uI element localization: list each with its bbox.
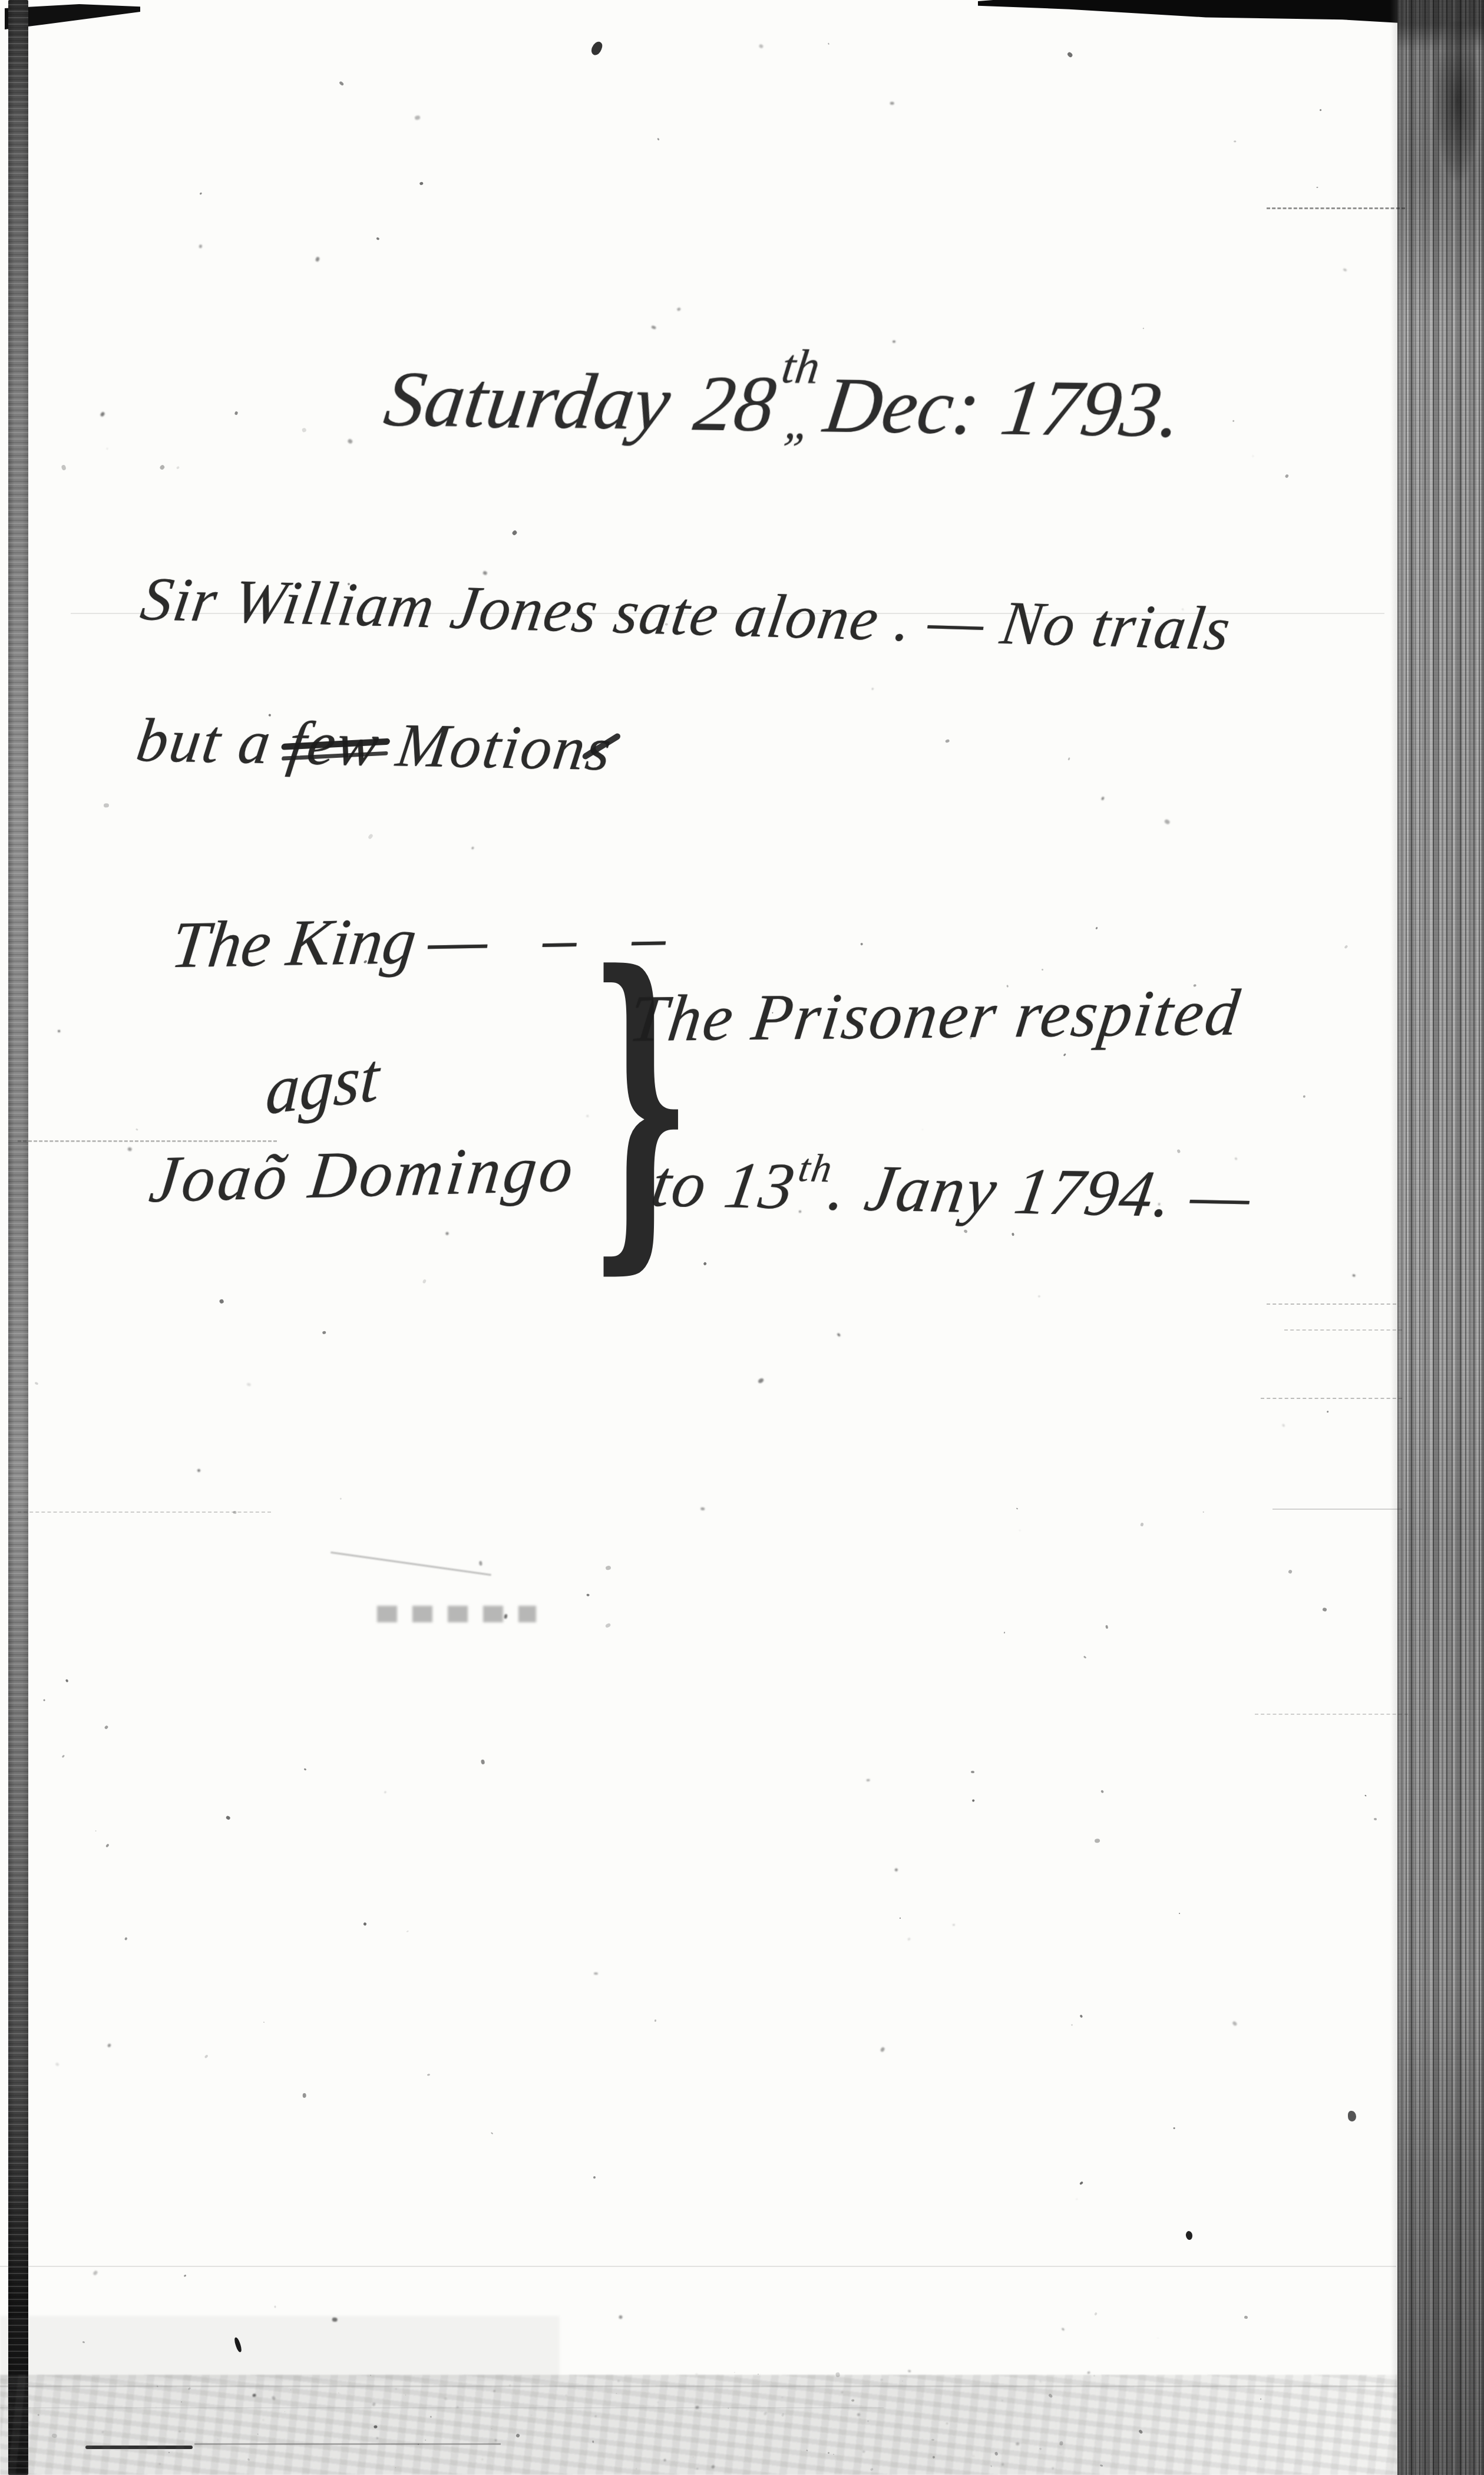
noise-speck <box>61 464 67 470</box>
noise-speck <box>405 2395 406 2395</box>
ruling-line-1: The Prisoner respited <box>625 975 1245 1057</box>
noise-speck <box>271 2396 276 2401</box>
noise-speck <box>471 847 474 850</box>
noise-speck <box>406 1930 409 1932</box>
noise-speck <box>857 2413 860 2416</box>
paper-smudge-band <box>0 2375 1397 2475</box>
noise-speck <box>663 2458 666 2461</box>
noise-speck <box>651 325 656 330</box>
noise-speck <box>30 2421 31 2423</box>
ink-blot <box>1348 2111 1356 2121</box>
noise-speck <box>303 2093 306 2098</box>
noise-speck <box>35 1381 39 1385</box>
noise-speck <box>605 1565 611 1570</box>
struck-out-word: few <box>284 708 385 779</box>
motions-line: but a few Motions <box>133 704 617 784</box>
noise-speck <box>881 2379 883 2381</box>
noise-speck <box>275 2306 276 2308</box>
noise-speck <box>482 2458 484 2460</box>
noise-speck <box>1176 1149 1181 1153</box>
noise-speck <box>593 2440 594 2443</box>
noise-speck <box>1260 2398 1262 2400</box>
noise-speck <box>1048 2394 1053 2398</box>
noise-speck <box>339 1497 342 1500</box>
noise-speck <box>1101 797 1105 801</box>
noise-speck <box>1100 2464 1103 2467</box>
noise-speck <box>841 2391 844 2394</box>
noise-speck <box>1062 2328 1065 2331</box>
noise-speck <box>481 1760 485 1765</box>
scan-artifact-dashed-line <box>1255 1714 1408 1715</box>
noise-speck <box>1060 2452 1061 2453</box>
noise-speck <box>586 1593 590 1596</box>
noise-speck <box>764 2411 768 2415</box>
noise-speck <box>922 1128 923 1130</box>
noise-speck <box>586 1115 589 1118</box>
noise-speck <box>82 2341 85 2344</box>
heading-ordinal-suffix: th <box>779 340 823 394</box>
ruling-date-ordinal: th <box>795 1146 837 1190</box>
noise-speck <box>65 1679 68 1682</box>
book-fore-edge-pages <box>1397 0 1484 2475</box>
noise-speck <box>384 1791 386 1793</box>
noise-speck <box>101 2431 104 2434</box>
noise-speck <box>55 2062 60 2067</box>
noise-speck <box>504 1613 508 1619</box>
noise-speck <box>1087 2371 1090 2375</box>
noise-speck <box>422 1279 427 1283</box>
noise-speck <box>414 115 421 120</box>
case-defendant: Joaõ Domingo <box>146 1131 580 1218</box>
noise-speck <box>1138 2429 1143 2434</box>
noise-speck <box>806 2450 808 2451</box>
noise-speck <box>183 2274 186 2277</box>
noise-speck <box>1079 2182 1083 2185</box>
noise-speck <box>257 2434 259 2435</box>
scratch-mark <box>330 1552 491 1576</box>
noise-speck <box>1094 2312 1098 2315</box>
noise-speck <box>1094 1838 1100 1843</box>
noise-speck <box>332 2318 338 2322</box>
noise-speck <box>971 1799 975 1802</box>
scan-artifact-dashed-line <box>1267 1303 1396 1305</box>
noise-speck <box>395 2467 396 2468</box>
noise-speck <box>605 1622 612 1628</box>
paper-smudge-band <box>0 2316 560 2381</box>
noise-speck <box>757 1378 764 1384</box>
noise-speck <box>594 2415 597 2418</box>
noise-speck <box>711 2464 716 2469</box>
noise-speck <box>1203 1512 1204 1513</box>
noise-speck <box>263 2022 264 2023</box>
noise-speck <box>252 2393 256 2397</box>
noise-speck <box>95 1830 97 1831</box>
noise-speck <box>1143 328 1144 329</box>
noise-speck <box>953 1924 955 1926</box>
scan-artifact-line <box>0 2407 884 2408</box>
noise-speck <box>1252 455 1254 457</box>
noise-speck <box>1039 2380 1042 2383</box>
noise-speck <box>1352 1274 1356 1278</box>
case-versus-abbreviation: agst <box>264 1038 381 1131</box>
noise-speck <box>703 1262 707 1266</box>
noise-speck <box>1079 2015 1083 2019</box>
ruling-line-2: to 13th. Jany 1794. — <box>646 1146 1258 1235</box>
noise-speck <box>1326 1411 1328 1413</box>
noise-speck <box>179 2431 180 2432</box>
noise-speck <box>728 2407 729 2408</box>
noise-speck <box>430 2416 432 2418</box>
noise-speck <box>419 182 423 186</box>
noise-speck <box>907 1938 911 1941</box>
noise-speck <box>890 101 894 104</box>
noise-speck <box>899 1918 900 1919</box>
noise-speck <box>339 2434 339 2435</box>
noise-speck <box>1285 474 1289 478</box>
noise-speck <box>635 2468 637 2470</box>
noise-speck <box>199 192 202 195</box>
noise-speck <box>107 2043 111 2047</box>
noise-speck <box>870 2467 874 2470</box>
noise-speck <box>263 2419 265 2421</box>
noise-speck <box>1179 1913 1181 1915</box>
noise-speck <box>1076 2199 1078 2200</box>
noise-speck <box>491 2428 492 2430</box>
noise-speck <box>376 237 379 240</box>
noise-speck <box>247 2458 250 2461</box>
noise-speck <box>100 411 105 417</box>
noise-speck <box>1164 819 1171 824</box>
noise-speck <box>62 1754 65 1758</box>
noise-speck <box>376 2437 378 2439</box>
heading-year: 1793. <box>996 364 1187 454</box>
fore-edge-dark-patch <box>1436 21 1479 180</box>
noise-speck <box>693 2457 693 2457</box>
noise-speck <box>347 438 353 444</box>
entry-date-heading: Saturday28th„Dec:1793. <box>379 354 1187 456</box>
noise-speck <box>427 2073 429 2075</box>
noise-speck <box>512 530 518 536</box>
noise-speck <box>617 2379 620 2382</box>
noise-speck <box>479 1561 482 1566</box>
noise-speck <box>105 1844 109 1849</box>
noise-speck <box>219 1299 224 1304</box>
noise-speck <box>159 464 165 470</box>
noise-speck <box>204 2054 208 2058</box>
noise-speck <box>156 2385 158 2387</box>
noise-speck <box>515 2433 520 2438</box>
scan-artifact-dashed-line <box>1267 207 1405 209</box>
noise-speck <box>1323 1608 1327 1612</box>
scan-artifact-dashed-line <box>1273 1509 1402 1510</box>
noise-speck <box>862 2450 865 2453</box>
case-plaintiff: The King <box>167 905 420 982</box>
scan-artifact-line <box>0 2385 1414 2387</box>
noise-speck <box>159 2463 160 2464</box>
noise-speck <box>315 256 320 262</box>
noise-speck <box>835 2456 836 2457</box>
scan-artifact-line <box>0 2266 1396 2267</box>
noise-speck <box>456 2406 458 2408</box>
noise-speck <box>136 1128 139 1131</box>
noise-speck <box>217 2440 218 2441</box>
noise-speck <box>837 1333 841 1337</box>
noise-speck <box>1095 926 1098 929</box>
ink-blot <box>233 2337 243 2352</box>
noise-speck <box>945 739 950 743</box>
noise-speck <box>531 2414 532 2415</box>
noise-speck <box>188 2387 191 2390</box>
noise-speck <box>339 81 344 86</box>
noise-speck <box>199 245 202 248</box>
noise-speck <box>1140 1523 1143 1527</box>
noise-speck <box>322 1331 326 1334</box>
noise-speck <box>696 2468 698 2469</box>
ruling-date-rest: . Jany 1794. — <box>824 1151 1258 1233</box>
noise-speck <box>90 2433 91 2434</box>
noise-speck <box>1042 969 1044 971</box>
scan-artifact-line <box>194 2443 501 2445</box>
noise-speck <box>931 2439 934 2441</box>
noise-speck <box>1281 1424 1285 1427</box>
noise-speck <box>1093 2375 1096 2377</box>
noise-speck <box>92 2271 98 2276</box>
scan-artifact-dashed-line <box>1261 1398 1402 1399</box>
noise-speck <box>1016 2442 1020 2445</box>
noise-speck <box>1004 1632 1006 1634</box>
noise-speck <box>734 2372 735 2373</box>
noise-speck <box>973 2455 975 2457</box>
noise-speck <box>234 411 239 416</box>
noise-speck <box>285 2411 285 2412</box>
noise-speck <box>246 1383 251 1387</box>
noise-speck <box>1365 1795 1367 1797</box>
noise-speck <box>44 1699 46 1702</box>
noise-speck <box>368 833 374 840</box>
noise-speck <box>370 2375 371 2376</box>
noise-speck <box>510 2385 511 2386</box>
noise-speck <box>867 2420 870 2423</box>
noise-speck <box>1039 1295 1040 1297</box>
noise-speck <box>970 1771 974 1774</box>
ink-streak <box>85 2446 193 2449</box>
noise-speck <box>1063 1053 1066 1057</box>
motions-word: Motion <box>375 710 591 783</box>
page-left-edge-shadow <box>8 0 28 2475</box>
noise-speck <box>197 1468 201 1473</box>
ink-blot <box>1185 2230 1193 2240</box>
noise-speck <box>304 1768 307 1770</box>
noise-speck <box>852 2399 855 2402</box>
noise-speck <box>425 2440 427 2441</box>
ruling-date-start: to 13 <box>647 1147 801 1223</box>
noise-speck <box>176 466 180 470</box>
noise-speck <box>1012 1233 1014 1236</box>
noise-speck <box>1016 1507 1018 1509</box>
noise-speck <box>657 2402 659 2403</box>
heading-month: Dec: <box>819 361 986 451</box>
noise-speck <box>758 44 764 49</box>
noise-speck <box>1039 2447 1042 2450</box>
noise-speck <box>781 2413 785 2417</box>
noise-speck <box>107 448 108 450</box>
noise-speck <box>872 688 874 690</box>
noise-speck <box>594 1972 598 1975</box>
noise-speck <box>695 2372 698 2375</box>
noise-speck <box>338 2392 339 2394</box>
court-sitting-line: Sir William Jones sate alone . — No tria… <box>137 563 1236 664</box>
noise-speck <box>418 2444 419 2446</box>
noise-speck <box>677 307 681 311</box>
heading-day-number: 28 <box>689 359 781 448</box>
noise-speck <box>758 2373 759 2374</box>
noise-speck <box>1244 2315 1248 2319</box>
noise-speck <box>494 2439 497 2442</box>
noise-speck <box>104 1725 108 1730</box>
noise-speck <box>1232 420 1234 422</box>
noise-speck <box>1059 2441 1063 2446</box>
noise-speck <box>395 2388 396 2390</box>
noise-speck <box>1067 757 1070 760</box>
noise-speck <box>908 2370 911 2372</box>
noise-speck <box>104 803 110 807</box>
noise-speck <box>902 2381 903 2381</box>
noise-speck <box>1232 2021 1238 2027</box>
noise-speck <box>30 2428 31 2430</box>
noise-speck <box>233 1511 237 1514</box>
noise-speck <box>932 2456 935 2458</box>
noise-speck <box>225 1815 230 1820</box>
noise-speck <box>1158 2338 1159 2338</box>
noise-speck <box>1374 1818 1377 1820</box>
noise-speck <box>1002 2400 1003 2401</box>
noise-speck <box>1319 109 1321 111</box>
noise-speck <box>1343 268 1347 272</box>
noise-speck <box>990 2465 993 2467</box>
noise-speck <box>156 2407 157 2408</box>
noise-speck <box>994 2451 999 2456</box>
noise-speck <box>946 2423 948 2425</box>
noise-speck <box>1052 2467 1054 2470</box>
noise-speck <box>1083 1656 1087 1659</box>
noise-speck <box>566 2394 566 2395</box>
noise-speck <box>168 2452 170 2454</box>
noise-speck <box>363 1922 367 1926</box>
noise-speck <box>657 137 660 140</box>
noise-speck <box>445 1232 449 1235</box>
insertion-caret-mark: „ <box>782 396 814 449</box>
ink-bleed-ghost <box>377 1606 536 1622</box>
noise-speck <box>51 2433 57 2438</box>
noise-speck <box>1106 1625 1109 1629</box>
noise-speck <box>181 2401 182 2403</box>
noise-speck <box>290 2390 290 2390</box>
noise-speck <box>860 943 863 946</box>
noise-speck <box>1071 2024 1073 2026</box>
noise-speck <box>1174 2127 1175 2129</box>
noise-speck <box>827 43 829 45</box>
noise-speck <box>1001 2463 1004 2466</box>
noise-speck <box>655 2019 657 2022</box>
noise-speck <box>1100 1790 1104 1793</box>
ink-blot <box>590 40 603 57</box>
noise-speck <box>58 1029 61 1032</box>
noise-speck <box>593 2176 596 2179</box>
noise-speck <box>1344 945 1349 949</box>
noise-speck <box>963 1229 968 1234</box>
noise-speck <box>37 2414 39 2416</box>
noise-speck <box>302 427 307 433</box>
noise-speck <box>374 2425 378 2428</box>
noise-speck <box>616 2393 617 2394</box>
noise-speck <box>866 1779 870 1782</box>
noise-speck <box>1019 1530 1021 1532</box>
noise-speck <box>124 1937 127 1941</box>
noise-speck <box>372 2402 376 2407</box>
noise-speck <box>799 1210 801 1213</box>
noise-speck <box>127 1147 133 1152</box>
heading-day: Saturday <box>379 355 676 447</box>
noise-speck <box>833 2454 834 2455</box>
noise-speck <box>1234 141 1236 143</box>
noise-speck <box>835 2372 840 2378</box>
noise-speck <box>781 2397 782 2398</box>
noise-speck <box>491 2132 494 2134</box>
noise-speck <box>894 1868 898 1872</box>
noise-speck <box>618 2315 623 2319</box>
noise-speck <box>1317 187 1318 189</box>
noise-speck <box>695 2405 699 2409</box>
noise-speck <box>827 2451 829 2454</box>
noise-speck <box>1288 1569 1293 1574</box>
scanned-manuscript-page: Saturday28th„Dec:1793. Sir William Jones… <box>0 0 1484 2475</box>
noise-speck <box>1067 51 1073 58</box>
noise-speck <box>1303 1095 1305 1098</box>
noise-speck <box>880 2047 885 2052</box>
noise-speck <box>893 341 895 343</box>
noise-speck <box>493 2390 495 2392</box>
noise-speck <box>22 2373 24 2375</box>
scan-artifact-dashed-line <box>1284 1329 1402 1331</box>
noise-speck <box>700 1507 705 1511</box>
noise-speck <box>199 2410 200 2411</box>
noise-speck <box>444 2397 447 2401</box>
